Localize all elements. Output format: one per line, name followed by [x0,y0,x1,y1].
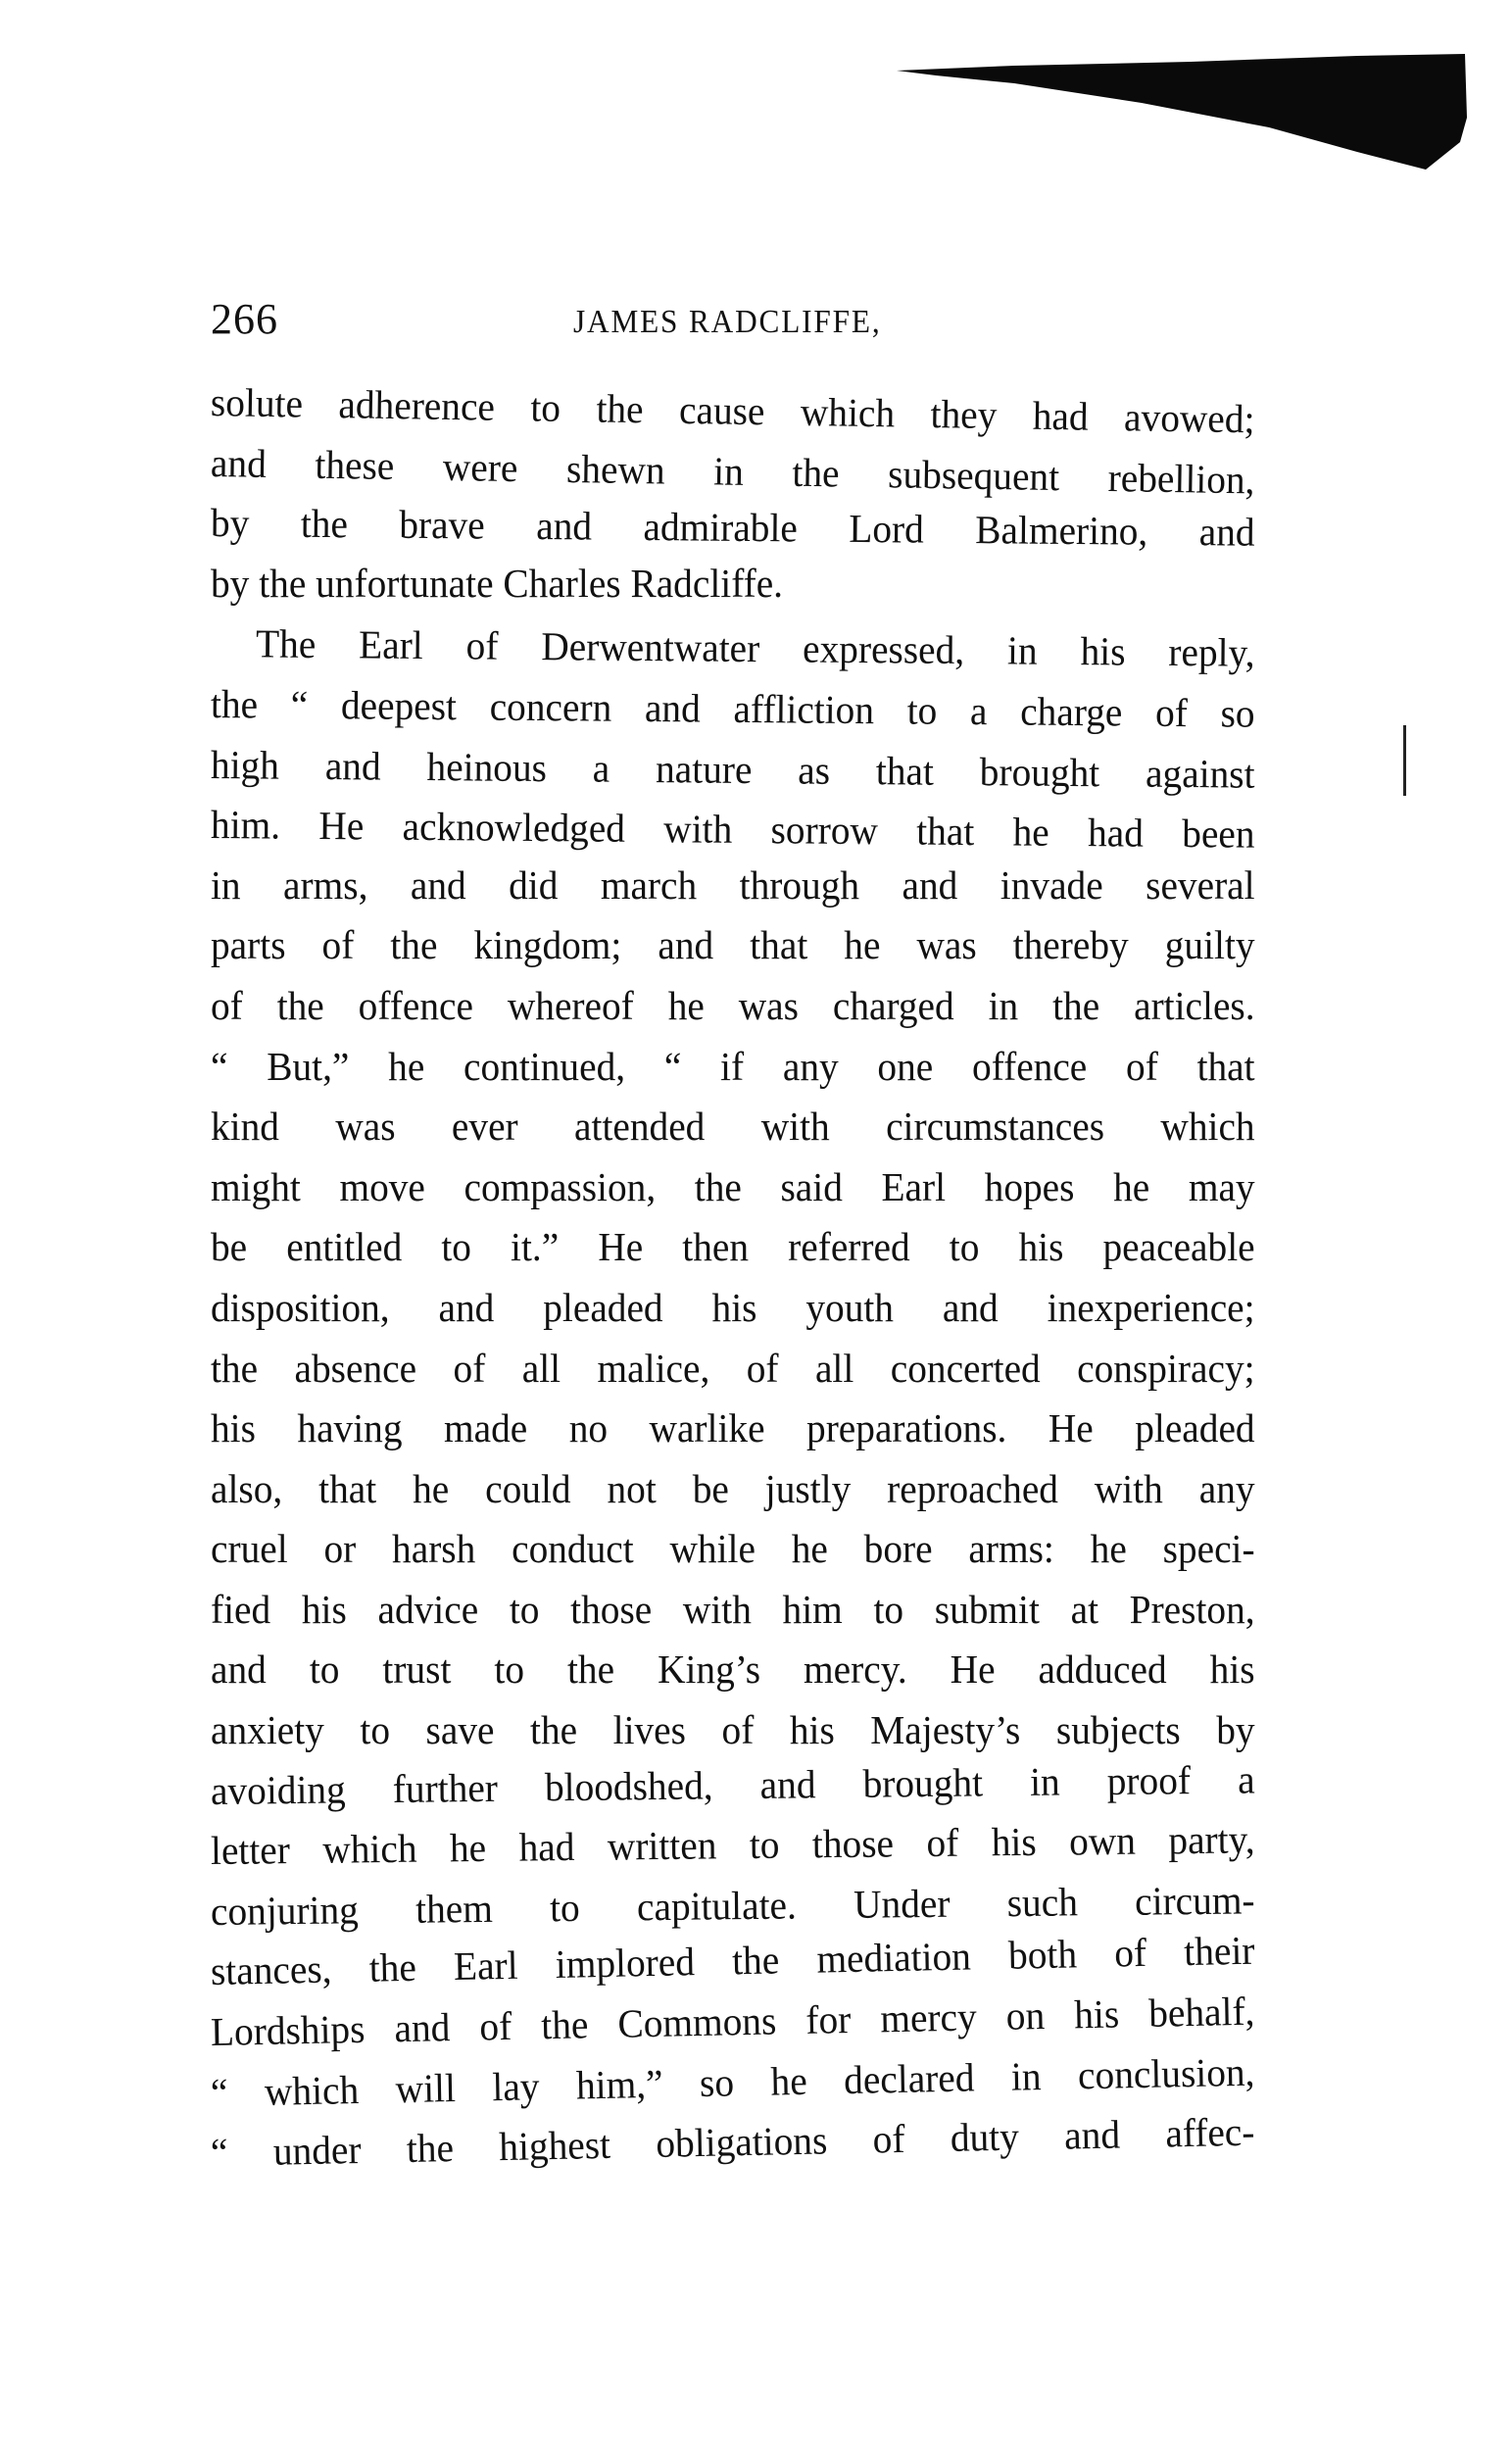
text-line: “ But,” he continued, “ if any one offen… [211,1037,1255,1098]
text-line: high and heinous a nature as that brough… [211,735,1255,805]
page-number: 266 [211,294,278,344]
running-head: 266 JAMES RADCLIFFE, [211,294,1308,353]
text-line: parts of the kingdom; and that he was th… [211,915,1255,976]
text-line: of the offence whereof he was charged in… [211,976,1255,1037]
text-line: cruel or harsh conduct while he bore arm… [211,1519,1255,1580]
text-line: The Earl of Derwentwater expressed, in h… [211,614,1255,683]
text-line: his having made no warlike preparations.… [211,1399,1255,1459]
text-line: the absence of all malice, of all concer… [211,1339,1255,1400]
text-line: disposition, and pleaded his youth and i… [211,1278,1255,1339]
text-line: letter which he had written to those of … [211,1810,1255,1882]
text-line: and to trust to the King’s mercy. He add… [211,1640,1255,1700]
text-line: be entitled to it.” He then referred to … [211,1217,1255,1278]
text-line: also, that he could not be justly reproa… [211,1459,1255,1520]
text-line: might move compassion, the said Earl hop… [211,1157,1255,1218]
running-title: JAMES RADCLIFFE, [573,304,881,341]
text-line: him. He acknowledged with sorrow that he… [211,795,1255,864]
text-line: by the unfortunate Charles Radcliffe. [211,554,1255,614]
text-line: the “ deepest concern and affliction to … [211,674,1255,744]
scan-margin-mark [1403,725,1406,796]
text-line: in arms, and did march through and invad… [211,856,1255,916]
text-line: kind was ever attended with circumstance… [211,1097,1255,1157]
scan-edge-shadow [897,54,1467,181]
body-text: solute adherence to the cause which they… [211,372,1249,2184]
text-line: fied his advice to those with him to sub… [211,1580,1255,1641]
text-line: by the brave and admirable Lord Balmerin… [211,493,1255,563]
